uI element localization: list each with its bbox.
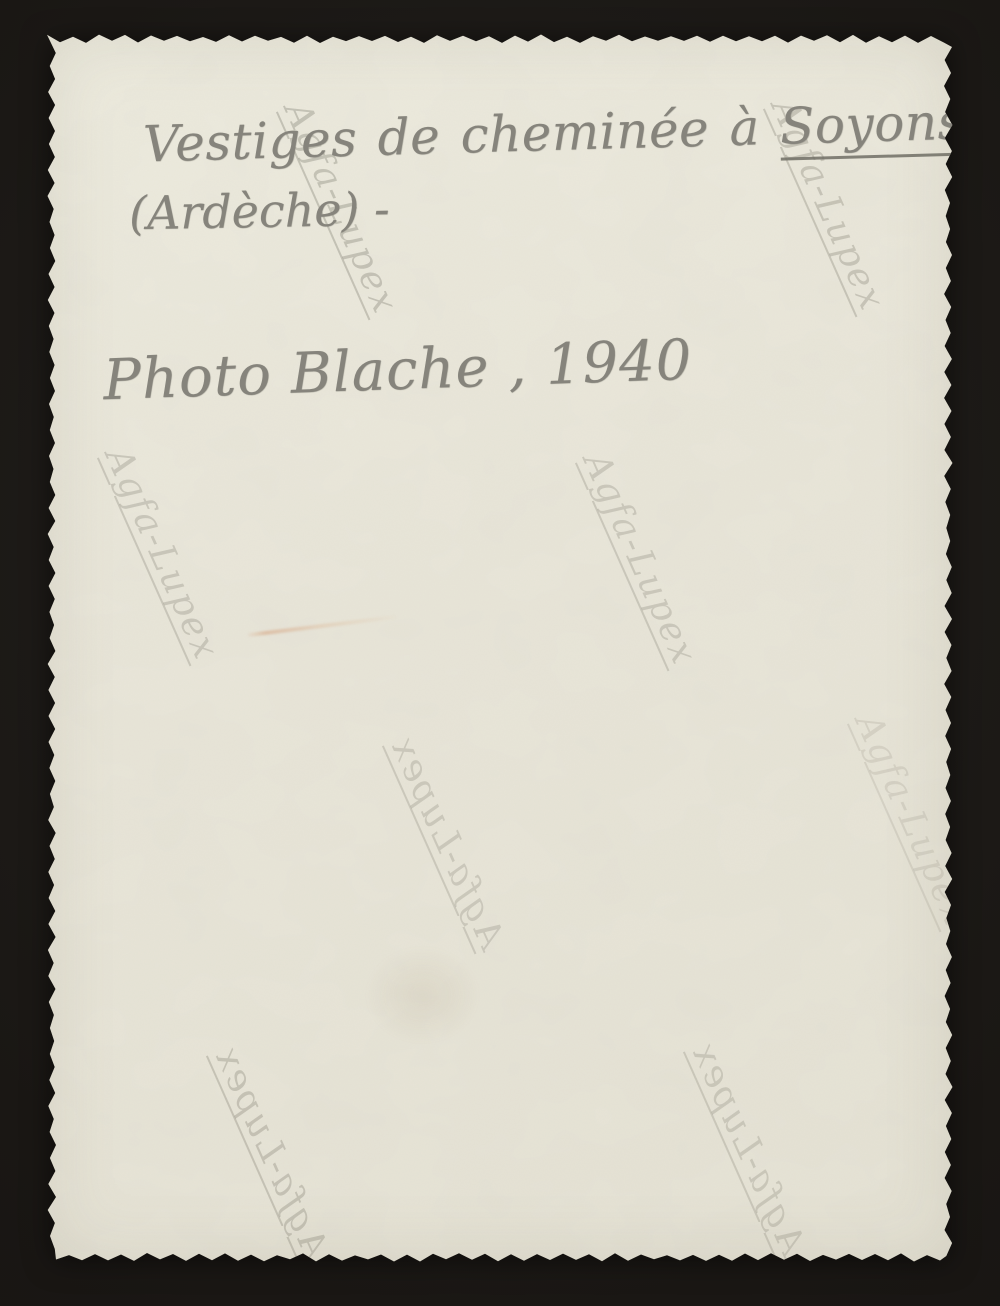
agfa-lupex-watermark: Agfa-Lupex xyxy=(575,447,705,672)
photographer-credit-line: Photo Blache , 1940 xyxy=(102,328,693,414)
orange-stain-streak xyxy=(247,615,396,637)
photo-back-wrapper: Agfa-Lupex Agfa-Lupex Agfa-Lupex Agfa-Lu… xyxy=(47,34,953,1262)
caption-line-department: (Ardèche) - xyxy=(129,182,390,241)
agfa-lupex-watermark-mirrored: Agfa-Lupex xyxy=(206,1040,336,1265)
caption-text: Vestiges de cheminée à xyxy=(142,98,781,174)
caption-line-location: Vestiges de cheminée à Soyons xyxy=(142,93,964,174)
faint-smudge-stain xyxy=(365,946,480,1044)
agfa-lupex-watermark: Agfa-Lupex xyxy=(97,442,227,667)
photo-back-paper: Agfa-Lupex Agfa-Lupex Agfa-Lupex Agfa-Lu… xyxy=(47,34,953,1262)
agfa-lupex-watermark-mirrored: Agfa-Lupex xyxy=(382,730,512,955)
caption-underlined-place-name: Soyons xyxy=(779,93,964,161)
agfa-lupex-watermark-mirrored: Agfa-Lupex xyxy=(683,1036,813,1261)
scan-black-background: Agfa-Lupex Agfa-Lupex Agfa-Lupex Agfa-Lu… xyxy=(0,0,1000,1306)
agfa-lupex-watermark: Agfa-Lupex xyxy=(847,708,977,933)
